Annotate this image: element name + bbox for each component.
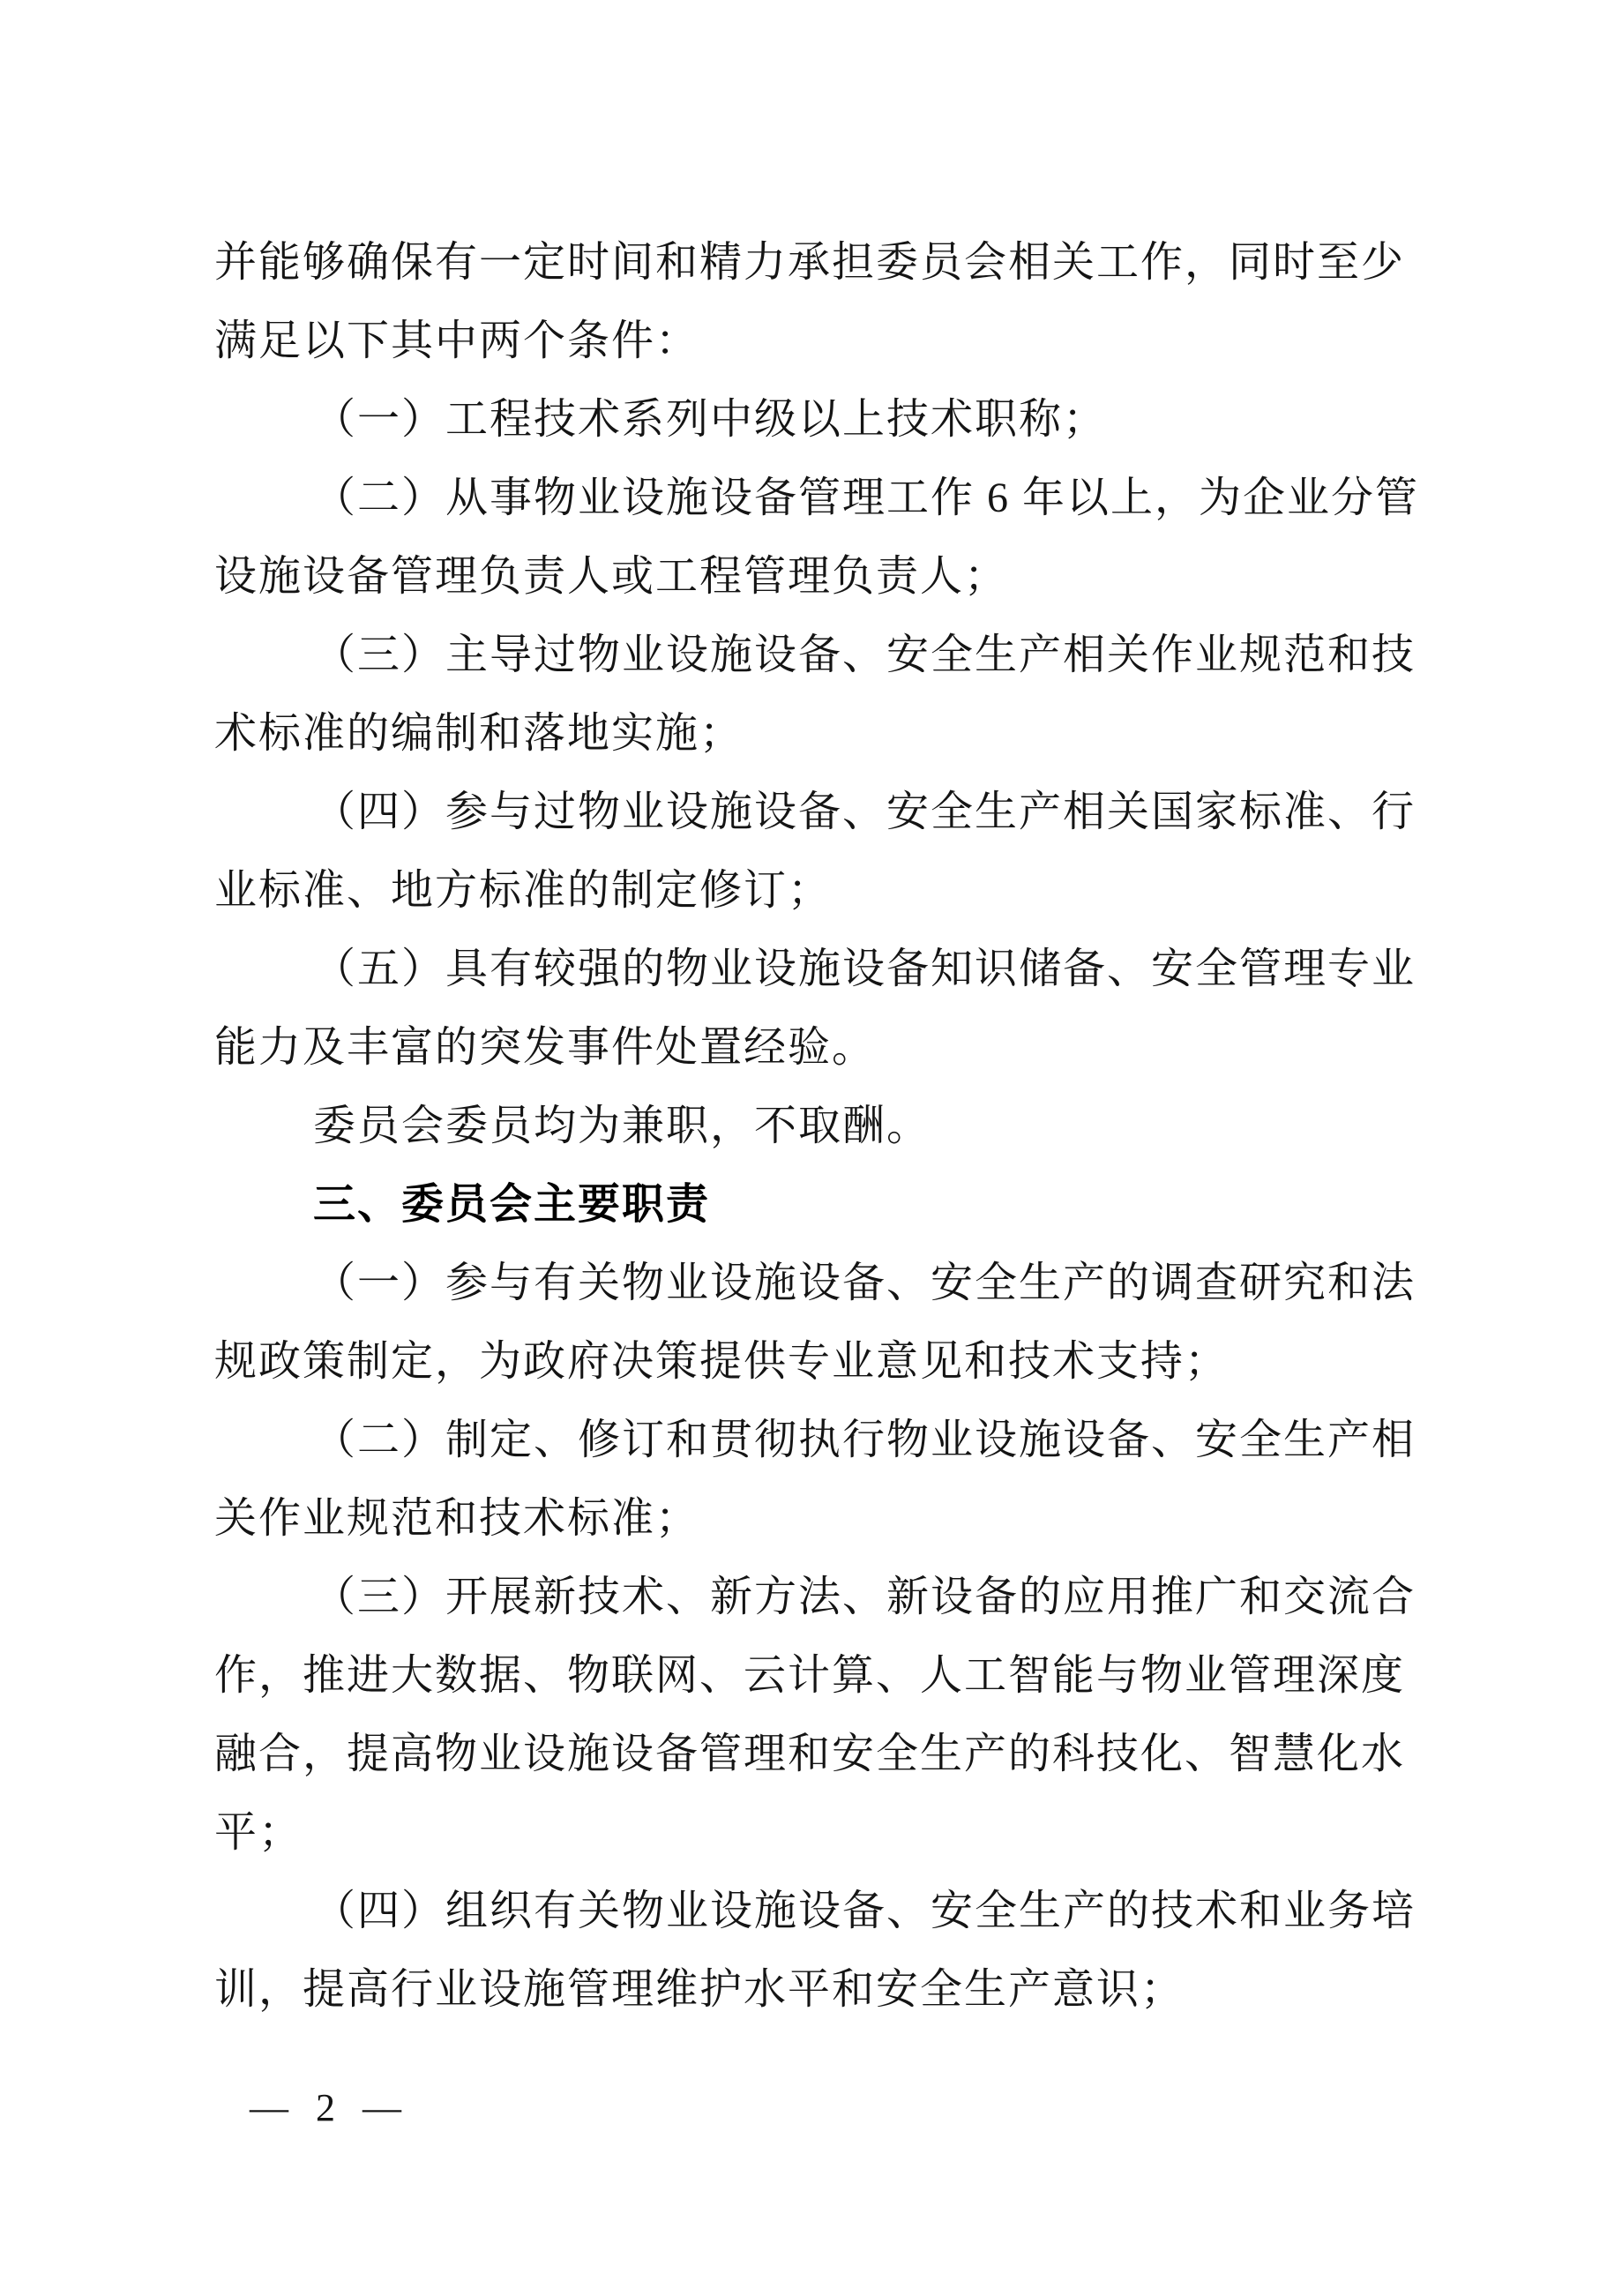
text-line: 融合，提高物业设施设备管理和安全生产的科技化、智慧化水 bbox=[214, 1715, 1431, 1793]
document-page: 并能够确保有一定时间和精力承担委员会相关工作，同时至少 满足以下其中两个条件： … bbox=[0, 0, 1622, 2296]
text-line: 并能够确保有一定时间和精力承担委员会相关工作，同时至少 bbox=[214, 223, 1431, 302]
clause-line: （三）开展新技术、新方法、新设备的应用推广和交流合 bbox=[214, 1558, 1431, 1636]
section-heading: 三、委员会主要职责 bbox=[214, 1165, 1431, 1244]
text-line: 规政策制定，为政府决策提供专业意见和技术支持； bbox=[214, 1322, 1431, 1401]
document-body: 并能够确保有一定时间和精力承担委员会相关工作，同时至少 满足以下其中两个条件： … bbox=[214, 223, 1431, 2029]
clause-line: （四）参与过物业设施设备、安全生产相关国家标准、行 bbox=[214, 773, 1431, 851]
clause-line: （三）主导过物业设施设备、安全生产相关作业规范和技 bbox=[214, 616, 1431, 694]
text-line: 委员会委员均为兼职，不取酬。 bbox=[214, 1087, 1431, 1165]
page-number: — 2 — bbox=[250, 2083, 410, 2133]
clause-line: （二）从事物业设施设备管理工作 6 年以上，为企业分管 bbox=[214, 459, 1431, 537]
text-line: 训，提高行业设施管理维护水平和安全生产意识； bbox=[214, 1950, 1431, 2029]
text-line: 术标准的编制和落地实施； bbox=[214, 694, 1431, 773]
clause-line: （一）工程技术系列中级以上技术职称； bbox=[214, 380, 1431, 459]
clause-line: （五）具有较强的物业设施设备知识储备、安全管理专业 bbox=[214, 930, 1431, 1008]
text-line: 设施设备管理负责人或工程管理负责人； bbox=[214, 537, 1431, 616]
text-line: 关作业规范和技术标准； bbox=[214, 1479, 1431, 1558]
clause-line: （一）参与有关物业设施设备、安全生产的调查研究和法 bbox=[214, 1244, 1431, 1322]
text-line: 业标准、地方标准的制定修订； bbox=[214, 851, 1431, 930]
clause-line: （四）组织有关物业设施设备、安全生产的技术和业务培 bbox=[214, 1872, 1431, 1950]
text-line: 平； bbox=[214, 1793, 1431, 1872]
text-line: 能力及丰富的突发事件处置经验。 bbox=[214, 1008, 1431, 1087]
clause-line: （二）制定、修订和贯彻执行物业设施设备、安全生产相 bbox=[214, 1401, 1431, 1479]
text-line: 作，推进大数据、物联网、云计算、人工智能与物业管理深度 bbox=[214, 1636, 1431, 1715]
text-line: 满足以下其中两个条件： bbox=[214, 302, 1431, 380]
